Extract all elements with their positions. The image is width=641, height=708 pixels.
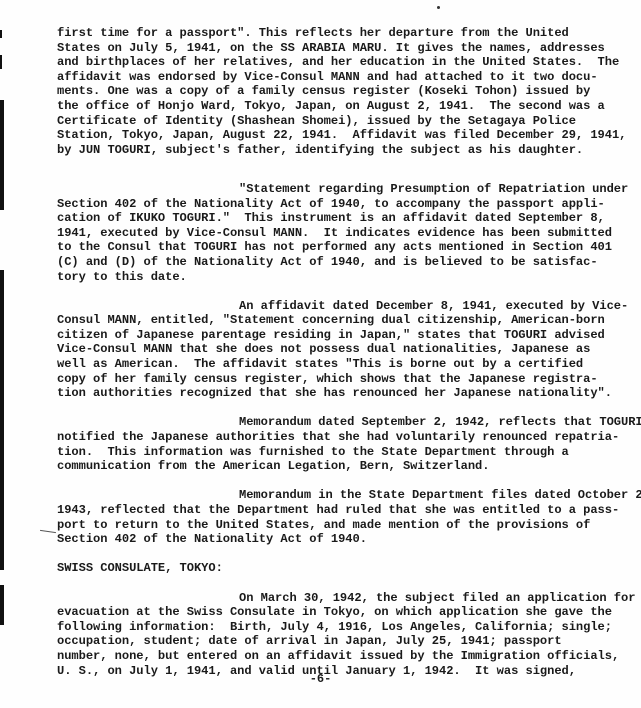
text-line: Consul MANN, entitled, "Statement concer… bbox=[57, 313, 641, 328]
paragraph-gap bbox=[57, 547, 641, 562]
paragraph: "Statement regarding Presumption of Repa… bbox=[57, 182, 641, 284]
scan-speck bbox=[40, 530, 56, 533]
text-line: tion. This information was furnished to … bbox=[57, 445, 641, 460]
paragraph-gap bbox=[57, 157, 641, 172]
paragraph-gap bbox=[57, 284, 641, 299]
text-line: cation of IKUKO TOGURI." This instrument… bbox=[57, 211, 641, 226]
text-line: Section 402 of the Nationality Act of 19… bbox=[57, 197, 641, 212]
text-line: occupation, student; date of arrival in … bbox=[57, 634, 641, 649]
scan-margin-bar bbox=[0, 270, 4, 570]
text-line: tion authorities recognized that she has… bbox=[57, 386, 641, 401]
document-body: first time for a passport". This reflect… bbox=[57, 26, 641, 678]
text-line: Certificate of Identity (Shashean Shomei… bbox=[57, 114, 641, 129]
text-line: States on July 5, 1941, on the SS ARABIA… bbox=[57, 41, 641, 56]
page-number: -6- bbox=[0, 672, 641, 686]
paragraph: Memorandum dated September 2, 1942, refl… bbox=[57, 415, 641, 473]
text-line: 1941, executed by Vice-Consul MANN. It i… bbox=[57, 226, 641, 241]
text-line: Station, Tokyo, Japan, August 22, 1941. … bbox=[57, 128, 641, 143]
text-line: Section 402 of the Nationality Act of 19… bbox=[57, 532, 641, 547]
text-line: ments. One was a copy of a family census… bbox=[57, 84, 641, 99]
text-line: evacuation at the Swiss Consulate in Tok… bbox=[57, 605, 641, 620]
scan-margin-mark bbox=[0, 55, 2, 69]
paragraph-gap bbox=[57, 474, 641, 489]
document-page: first time for a passport". This reflect… bbox=[0, 0, 641, 708]
text-line: Memorandum in the State Department files… bbox=[57, 488, 641, 503]
text-line: affidavit was endorsed by Vice-Consul MA… bbox=[57, 70, 641, 85]
scan-margin-mark bbox=[0, 30, 2, 38]
text-line: and birthplaces of her relatives, and he… bbox=[57, 55, 641, 70]
paragraph: On March 30, 1942, the subject filed an … bbox=[57, 591, 641, 679]
paragraph: Memorandum in the State Department files… bbox=[57, 488, 641, 546]
paragraph: An affidavit dated December 8, 1941, exe… bbox=[57, 299, 641, 401]
text-line: citizen of Japanese parentage residing i… bbox=[57, 328, 641, 343]
text-line: to the Consul that TOGURI has not perfor… bbox=[57, 240, 641, 255]
text-line: On March 30, 1942, the subject filed an … bbox=[57, 591, 641, 606]
paragraph-gap bbox=[57, 172, 641, 182]
text-line: number, none, but entered on an affidavi… bbox=[57, 649, 641, 664]
text-line: by JUN TOGURI, subject's father, identif… bbox=[57, 143, 641, 158]
scan-margin-bar bbox=[0, 100, 4, 210]
paragraph-gap bbox=[57, 401, 641, 416]
scan-speck bbox=[437, 6, 440, 9]
text-line: port to return to the United States, and… bbox=[57, 518, 641, 533]
text-line: following information: Birth, July 4, 19… bbox=[57, 620, 641, 635]
text-line: Vice-Consul MANN that she does not posse… bbox=[57, 342, 641, 357]
text-line: tory to this date. bbox=[57, 270, 641, 285]
section-heading: SWISS CONSULATE, TOKYO: bbox=[57, 561, 641, 576]
text-line: copy of her family census register, whic… bbox=[57, 372, 641, 387]
paragraph: first time for a passport". This reflect… bbox=[57, 26, 641, 157]
text-line: Memorandum dated September 2, 1942, refl… bbox=[57, 415, 641, 430]
text-line: 1943, reflected that the Department had … bbox=[57, 503, 641, 518]
text-line: first time for a passport". This reflect… bbox=[57, 26, 641, 41]
text-line: the office of Honjo Ward, Tokyo, Japan, … bbox=[57, 99, 641, 114]
text-line: An affidavit dated December 8, 1941, exe… bbox=[57, 299, 641, 314]
text-line: well as American. The affidavit states "… bbox=[57, 357, 641, 372]
text-line: (C) and (D) of the Nationality Act of 19… bbox=[57, 255, 641, 270]
text-line: communication from the American Legation… bbox=[57, 459, 641, 474]
text-line: notified the Japanese authorities that s… bbox=[57, 430, 641, 445]
paragraph-gap bbox=[57, 576, 641, 591]
scan-margin-bar bbox=[0, 585, 4, 625]
text-line: "Statement regarding Presumption of Repa… bbox=[57, 182, 641, 197]
